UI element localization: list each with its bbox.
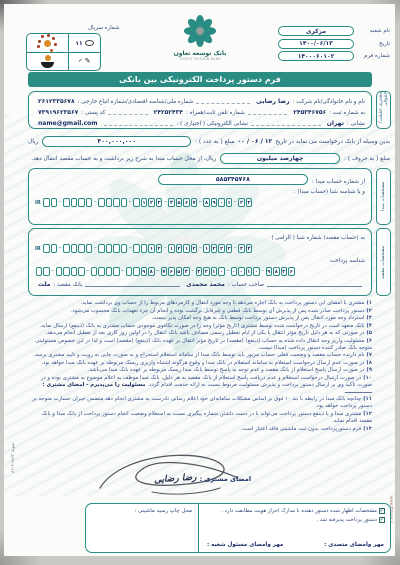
digit-cell: ۶: [168, 267, 175, 276]
term-item: ۱۳) فرم دستورپرداخت بدون ثبت ماشینی فاقد…: [30, 426, 372, 433]
term-item: ۳) استرداد وجه مورد انتقال پس از پذیرش د…: [30, 315, 372, 322]
digit-cell: ۱: [246, 267, 253, 276]
digit-cell: [133, 244, 140, 253]
customer-signature-label: امضای مشتری :: [200, 475, 251, 483]
serial-number-label: شماره سریال: [88, 25, 120, 31]
leader-line: [251, 125, 321, 126]
digit-cell: ۹: [266, 267, 273, 276]
digit-cell: [121, 244, 128, 253]
digit-cell: [133, 198, 140, 207]
digit-cell: [78, 267, 85, 276]
digit-cell: ۷: [161, 267, 168, 276]
digit-cell: [63, 244, 70, 253]
group-dash: –: [164, 244, 167, 253]
tab-customer-type: مشتری حقیقی/حقوقی: [376, 91, 391, 129]
bank-name-fa: بانک توسعه تعاون: [171, 50, 229, 57]
digit-cell: [113, 267, 120, 276]
digit-cell: [63, 267, 70, 276]
amount-words-value: چهارصد میلیون: [220, 153, 340, 164]
customer-box: نام و نام خانوادگی/نام شرکت : رضا رضایی …: [28, 91, 372, 129]
stamp-crescent-icon: [27, 52, 68, 70]
check-icon: ✓: [78, 59, 83, 65]
digit-cell: ۰: [231, 267, 238, 276]
digit-cell: [63, 198, 70, 207]
group-dash: –: [199, 198, 202, 207]
digit-cell: ۰: [253, 267, 260, 276]
form-number-value: ۱۴۰۰۰۶۰۱۰۲: [278, 51, 354, 61]
digit-cell: [133, 267, 140, 276]
digit-cell: ۴: [246, 244, 253, 253]
digit-cell: ۲: [176, 244, 183, 253]
digit-cell: [91, 267, 98, 276]
digit-cell: [71, 198, 78, 207]
checkbox-identity-label: مشخصات اظهار شده دستور دهنده با مدارک اح…: [221, 508, 377, 514]
digit-cell: ۰: [238, 267, 245, 276]
digit-cell: [51, 244, 58, 253]
date-row: تاریخ ۱۴۰۰/۰۶/۱۳: [278, 39, 390, 49]
group-dash: –: [156, 267, 159, 276]
group-dash: –: [164, 198, 167, 207]
customer-row-2: به شماره ثبت : ۲۴۵۳۴۶۷۵۶ شماره تلفن ثابت…: [35, 105, 365, 116]
phone-value: ۲۴۲۵۲۴۳۴: [154, 109, 183, 116]
digit-cell: ۲: [156, 244, 163, 253]
approval-section: ✓ مشخصات اظهار شده دستور دهنده با مدارک …: [198, 504, 390, 552]
email-label: نشانی الکترونیکی ( اختیاری ) :: [176, 121, 248, 127]
oval-stamp-icon: [85, 40, 94, 46]
digit-cell: [86, 198, 93, 207]
leader-line: [267, 286, 362, 287]
checkbox-identity-row: ✓ مشخصات اظهار شده دستور دهنده با مدارک …: [204, 508, 385, 514]
digit-cell: ۲: [203, 267, 210, 276]
dest-sheba-boxes: IR –––۱۲–۱۲۱۲–۱۲۲۳–۴۴: [35, 243, 365, 254]
digit-cell: ۴: [183, 267, 190, 276]
digit-cell: [36, 267, 43, 276]
branch-label: نام شعبه: [354, 28, 390, 34]
receipt-area-label: محل چاپ رسید ماشینی :: [134, 508, 192, 514]
digit-cell: ۱: [168, 244, 175, 253]
digit-cell: [43, 267, 50, 276]
digit-cell: ۱: [211, 267, 218, 276]
group-dash: –: [234, 198, 237, 207]
dest-bank-row: صاحب حساب : محمد محمدی بانک مقصد : ملت: [35, 277, 365, 288]
leader-line: [108, 114, 147, 115]
payment-id-boxes: –––۹۸–۷۶۵۴–۳۲۱۰–۰۰۱۰–۹۸۳۶: [35, 266, 365, 277]
term-item: ۱) مشتری با امضای این دستور پرداخت به با…: [30, 300, 372, 307]
digit-cell: [71, 244, 78, 253]
group-dash: –: [191, 267, 194, 276]
national-id-label: شماره ملی/شناسه اقتصادی/شماره اتباع خارج…: [78, 99, 194, 105]
group-dash: –: [94, 198, 97, 207]
tab-destination: مشخصات مقصد: [376, 228, 391, 296]
form-title: فرم دستور پرداخت الکترونیکی بین بانکی: [28, 72, 372, 87]
digit-cell: ۶: [288, 267, 295, 276]
checkbox-accepted-row: ✓ دستور پرداخت پذیرفته شد .: [204, 517, 385, 523]
origin-account-row: از شماره حساب مبدا : ۵۸۵۳۴۵۷۶۸: [35, 171, 365, 185]
digit-cell: ۵: [176, 267, 183, 276]
request-date: ۱۲ / ۰۶ / ۰۰: [237, 138, 272, 145]
postal-label: کد پستی :: [81, 110, 105, 116]
digit-cell: ۱: [183, 244, 190, 253]
term-item: ۶) مسئولیت واریز وجه انتقال داده شده به …: [30, 338, 372, 352]
name-value: رضا رضایی: [256, 98, 289, 105]
stamp-count-cell: ۱۱: [68, 34, 100, 52]
digit-cell: [126, 267, 133, 276]
iban-prefix: IR: [35, 246, 41, 252]
header-fields: نام شعبه مرکزی تاریخ ۱۴۰۰/۰۶/۱۳ شماره فر…: [278, 26, 390, 64]
dest-bank-value: ملت: [38, 281, 51, 288]
destination-box: به (حساب مقصد) شماره شبا ( الزامی ) IR –…: [28, 228, 372, 296]
customer-row-1: نام و نام خانوادگی/نام شرکت : رضا رضایی …: [35, 94, 365, 105]
receipt-print-area: محل چاپ رسید ماشینی :: [86, 504, 198, 552]
origin-account-value: ۵۸۵۳۴۵۷۶۸: [158, 174, 308, 185]
digit-cell: [113, 244, 120, 253]
iban-prefix: IR: [35, 200, 41, 206]
digit-cell: [98, 198, 105, 207]
origin-account-label: از شماره حساب مبدا :: [312, 179, 365, 185]
amount-numeric-value: ۴۰۰,۰۰۰,۰۰۰: [42, 136, 191, 147]
digit-cell: ۴: [168, 198, 175, 207]
term-item: ۴) بانک متعهد است در تاریخ درخواست شده ت…: [30, 323, 372, 330]
terms-list: ۱) مشتری با امضای این دستور پرداخت به با…: [30, 300, 372, 433]
digit-cell: ۸: [273, 267, 280, 276]
group-dash: –: [59, 244, 62, 253]
rial-label: ریال: [28, 139, 38, 145]
term-item: ۱۱) چنانچه بانک مبدا در رابطه با بند ۱۰ …: [30, 396, 372, 410]
term-item: ۹) در صورت ارسال پاسخ استعلام از بانک مق…: [30, 367, 372, 374]
checkbox-accepted: ✓: [379, 517, 385, 523]
checkbox-identity: ✓: [379, 508, 385, 514]
digit-cell: ۱: [148, 244, 155, 253]
leader-line: [104, 125, 174, 126]
term-item: ۱۲) مشتری مبدا و یا ذینفع دستور پرداخت م…: [30, 411, 372, 425]
digit-cell: ۵: [176, 198, 183, 207]
digit-cell: ۹: [141, 267, 148, 276]
digit-cell: ۲: [211, 244, 218, 253]
scanned-form-page: { "colors":{"teal":"#2a8c82","navy":"#1d…: [0, 0, 400, 565]
digit-cell: [78, 198, 85, 207]
term-item: ۱۰) در صورت ارسال درخواست استعلام و عدم …: [30, 375, 372, 396]
registration-value: ۲۴۵۳۴۶۷۵۶: [293, 109, 326, 116]
group-dash: –: [129, 198, 132, 207]
postal-value: ۷۳۹۱۹۶۲۳۵۶۷: [38, 109, 78, 116]
tab-origin: مشخصات مبدا: [376, 168, 391, 225]
request-text: بدین وسیله از بانک درخواست می نماید در ت…: [275, 139, 390, 145]
bank-name-en: TOSE'E TA'AVON BANK: [171, 57, 229, 61]
digit-cell: ۲: [191, 244, 198, 253]
digit-cell: ۸: [203, 198, 210, 207]
digit-cell: [113, 198, 120, 207]
digit-cell: [141, 244, 148, 253]
branch-value: مرکزی: [278, 26, 354, 36]
payment-id-label: شناسه پرداخت: [330, 258, 365, 264]
digit-cell: ۳: [196, 267, 203, 276]
leader-line: [248, 114, 287, 115]
bank-flower-icon: [183, 14, 217, 48]
origin-box: از شماره حساب مبدا : ۵۸۵۳۴۵۷۶۸ و یا شناس…: [28, 168, 372, 225]
amount-row-words: مبلغ ( به حروف ) : چهارصد میلیون ریال، ا…: [28, 153, 390, 164]
digit-cell: [56, 267, 63, 276]
stamp-grid: ۱۱ ✓ ✎: [26, 33, 101, 71]
form-number-row: شماره فرم ۱۴۰۰۰۶۰۱۰۲: [278, 51, 390, 61]
amount-words-rest: ریال، از محل حساب مبدا به شرح زیر برداشت…: [31, 156, 216, 162]
pen-icon: ✎: [85, 58, 91, 65]
digit-cell: ۱: [226, 198, 233, 207]
customer-signature-name: رضا رضایی: [154, 473, 197, 486]
digit-cell: ۲: [218, 244, 225, 253]
digit-cell: ۳: [156, 198, 163, 207]
digit-cell: ۹: [211, 198, 218, 207]
group-dash: –: [86, 267, 89, 276]
origin-sheba-boxes: IR –––۱۲۳–۴۵۶۷–۸۹۰۱–۲۳: [35, 197, 365, 208]
digit-cell: ۳: [246, 198, 253, 207]
signature-area: امضای مشتری : رضا رضایی: [92, 446, 312, 502]
group-dash: –: [129, 244, 132, 253]
digit-cell: ۱: [141, 198, 148, 207]
digit-cell: ۶: [183, 198, 190, 207]
digit-cell: ۳: [281, 267, 288, 276]
dest-sheba-label: به (حساب مقصد) شماره شبا ( الزامی ): [271, 235, 365, 241]
digit-cell: [106, 198, 113, 207]
email-value: name@gmail.com: [38, 120, 98, 127]
form-code: نمونه ۸۸/۳-۲-۸۶: [11, 442, 16, 502]
name-label: نام و نام خانوادگی/نام شرکت :: [293, 99, 365, 105]
group-dash: –: [226, 267, 229, 276]
digit-cell: [106, 267, 113, 276]
digit-cell: ۲: [148, 198, 155, 207]
group-dash: –: [94, 244, 97, 253]
group-dash: –: [234, 244, 237, 253]
digit-cell: ۰: [218, 198, 225, 207]
digit-cell: [78, 244, 85, 253]
branch-manager-stamp-label: مهر وامضای مسئول شعبه :: [207, 542, 283, 548]
group-dash: –: [121, 267, 124, 276]
address-value: تهران: [327, 120, 344, 127]
national-id-value: ۲۶۱۲۳۳۵۶۷۸: [38, 98, 75, 105]
account-owner-label: صاحب حساب :: [228, 282, 264, 288]
signature-cell: ✓ ✎: [68, 52, 100, 70]
form-number-label: شماره فرم: [354, 53, 390, 59]
teller-stamp-label: مهر وامضای متصدی :: [324, 542, 384, 548]
digit-cell: [106, 244, 113, 253]
digit-cell: ۷: [191, 198, 198, 207]
amount-row-numeric: بدین وسیله از بانک درخواست می نماید در ت…: [28, 136, 390, 147]
term-item: ۷) نام دارنده حساب مقصد و وضعیت فعلی حسا…: [30, 352, 372, 359]
term-item: ۵) در صورتی که به هر دلیل تاریخ مؤثر انت…: [30, 330, 372, 337]
digit-cell: ۱: [203, 244, 210, 253]
digit-cell: ۳: [226, 244, 233, 253]
term-item: ۸) در صورت عدم ارسال درخواست استعلام به …: [30, 360, 372, 367]
address-label: نشانی :: [347, 121, 365, 127]
checkbox-accepted-label: دستور پرداخت پذیرفته شد .: [317, 517, 377, 523]
digit-cell: [98, 244, 105, 253]
customer-row-3: نشانی : تهران نشانی الکترونیکی ( اختیاری…: [35, 116, 365, 127]
stamp-labels-row: مهر وامضای متصدی : مهر وامضای مسئول شعبه…: [207, 542, 384, 548]
origin-sheba-label-row: و یا شناسه شبا (حساب مبدا) :: [35, 185, 365, 195]
digit-cell: ۴: [238, 244, 245, 253]
dest-sheba-label-row: به (حساب مقصد) شماره شبا ( الزامی ): [35, 231, 365, 241]
leader-line: [196, 103, 250, 104]
form-sheet: شماره سریال ۱۱ ✓ ✎ بانک توسعه تعاون TOSE…: [4, 4, 395, 556]
dest-bank-label: بانک مقصد :: [54, 282, 83, 288]
group-dash: –: [59, 198, 62, 207]
phone-label: شماره تلفن ثابت/همراه :: [186, 110, 245, 116]
date-value: ۱۴۰۰/۰۶/۱۳: [278, 39, 354, 49]
group-dash: –: [261, 267, 264, 276]
digit-cell: [43, 198, 50, 207]
digit-cell: ۸: [148, 267, 155, 276]
amount-words-label: مبلغ ( به حروف ) :: [344, 156, 390, 162]
term-item: ۲) دستور پرداخت صادر شده پس از پذیرش آن …: [30, 308, 372, 315]
stamp-count: ۱۱: [75, 40, 82, 47]
digit-cell: [51, 198, 58, 207]
registration-label: به شماره ثبت :: [329, 110, 365, 116]
branch-row: نام شعبه مرکزی: [278, 26, 390, 36]
payment-id-label-row: شناسه پرداخت: [35, 254, 365, 264]
digit-cell: [98, 267, 105, 276]
digit-cell: [121, 198, 128, 207]
digit-cell: ۰: [218, 267, 225, 276]
group-dash: –: [199, 244, 202, 253]
leader-line: [85, 286, 180, 287]
customer-signature-row: امضای مشتری : رضا رضایی: [154, 474, 251, 484]
digit-cell: [43, 244, 50, 253]
amount-numeric-label: مبلغ ( به عدد ) :: [195, 139, 234, 145]
stamp-logo-icon: [27, 34, 68, 52]
date-label: تاریخ: [354, 41, 390, 47]
group-dash: –: [51, 267, 54, 276]
bank-logo: بانک توسعه تعاون TOSE'E TA'AVON BANK: [171, 14, 229, 61]
branch-approval-box: ✓ مشخصات اظهار شده دستور دهنده با مدارک …: [85, 503, 391, 553]
digit-cell: [71, 267, 78, 276]
origin-sheba-label: و یا شناسه شبا (حساب مبدا) :: [294, 189, 365, 195]
account-owner-value: محمد محمدی: [186, 281, 225, 288]
digit-cell: ۲: [238, 198, 245, 207]
digit-cell: [86, 244, 93, 253]
